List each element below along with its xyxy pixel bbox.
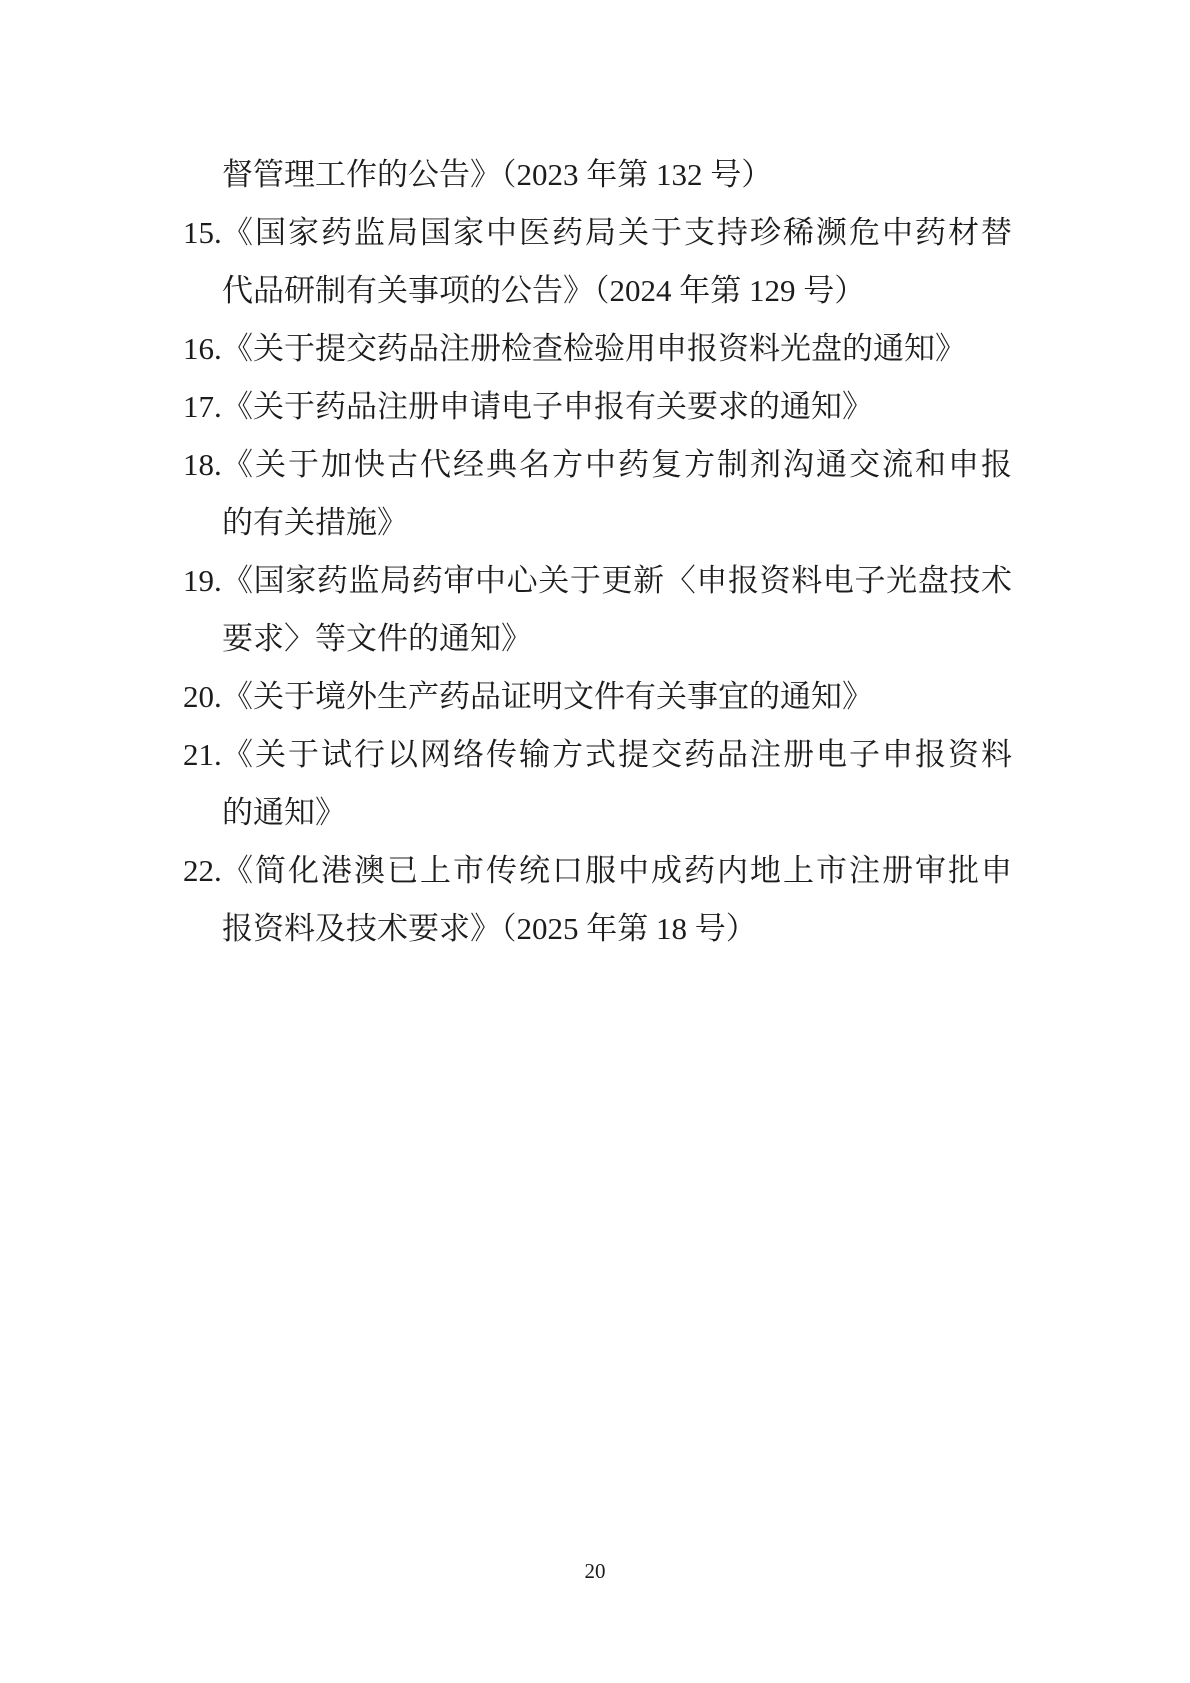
- item-14-continuation: 督管理工作的公告》（2023 年第 132 号）: [183, 146, 1012, 204]
- list-item-number: [183, 610, 222, 668]
- list-item-number: 19.: [183, 552, 222, 610]
- item-18-line-1: 18. 《关于加快古代经典名方中药复方制剂沟通交流和申报: [183, 436, 1012, 494]
- list-item-number: 20.: [183, 668, 222, 726]
- document-page: 督管理工作的公告》（2023 年第 132 号） 15. 《国家药监局国家中医药…: [0, 0, 1190, 1683]
- item-16-line-1: 16. 《关于提交药品注册检查检验用申报资料光盘的通知》: [183, 320, 1012, 378]
- list-item-number: 22.: [183, 842, 222, 900]
- list-item-text: 代品研制有关事项的公告》（2024 年第 129 号）: [222, 262, 1012, 320]
- item-18-line-2: 的有关措施》: [183, 494, 1012, 552]
- list-item-text: 《关于加快古代经典名方中药复方制剂沟通交流和申报: [222, 436, 1012, 494]
- list-item-number: [183, 784, 222, 842]
- item-15-line-1: 15. 《国家药监局国家中医药局关于支持珍稀濒危中药材替: [183, 204, 1012, 262]
- item-21-line-2: 的通知》: [183, 784, 1012, 842]
- item-15-line-2: 代品研制有关事项的公告》（2024 年第 129 号）: [183, 262, 1012, 320]
- list-item-text: 的有关措施》: [222, 494, 1012, 552]
- list-item-text: 《关于提交药品注册检查检验用申报资料光盘的通知》: [222, 320, 1012, 378]
- item-19-line-1: 19. 《国家药监局药审中心关于更新〈申报资料电子光盘技术: [183, 552, 1012, 610]
- list-item-text: 《关于药品注册申请电子申报有关要求的通知》: [222, 378, 1012, 436]
- list-item-number: 18.: [183, 436, 222, 494]
- list-item-text: 《关于试行以网络传输方式提交药品注册电子申报资料: [222, 726, 1012, 784]
- item-20-line-1: 20. 《关于境外生产药品证明文件有关事宜的通知》: [183, 668, 1012, 726]
- list-item-text: 的通知》: [222, 784, 1012, 842]
- list-item-number: [183, 900, 222, 958]
- list-item-number: [183, 262, 222, 320]
- list-item-number: 16.: [183, 320, 222, 378]
- list-item-text: 要求〉等文件的通知》: [222, 610, 1012, 668]
- item-22-line-2: 报资料及技术要求》（2025 年第 18 号）: [183, 900, 1012, 958]
- list-item-text: 《简化港澳已上市传统口服中成药内地上市注册审批申: [222, 842, 1012, 900]
- item-22-line-1: 22. 《简化港澳已上市传统口服中成药内地上市注册审批申: [183, 842, 1012, 900]
- list-item-text: 《国家药监局国家中医药局关于支持珍稀濒危中药材替: [222, 204, 1012, 262]
- list-item-text: 督管理工作的公告》（2023 年第 132 号）: [222, 146, 1012, 204]
- list-item-number: 21.: [183, 726, 222, 784]
- list-item-number: [183, 146, 222, 204]
- reference-list: 督管理工作的公告》（2023 年第 132 号） 15. 《国家药监局国家中医药…: [183, 146, 1012, 958]
- list-item-number: 15.: [183, 204, 222, 262]
- list-item-text: 《关于境外生产药品证明文件有关事宜的通知》: [222, 668, 1012, 726]
- item-21-line-1: 21. 《关于试行以网络传输方式提交药品注册电子申报资料: [183, 726, 1012, 784]
- item-19-line-2: 要求〉等文件的通知》: [183, 610, 1012, 668]
- list-item-number: [183, 494, 222, 552]
- item-17-line-1: 17. 《关于药品注册申请电子申报有关要求的通知》: [183, 378, 1012, 436]
- list-item-number: 17.: [183, 378, 222, 436]
- page-number: 20: [0, 1556, 1190, 1586]
- list-item-text: 《国家药监局药审中心关于更新〈申报资料电子光盘技术: [222, 552, 1012, 610]
- list-item-text: 报资料及技术要求》（2025 年第 18 号）: [222, 900, 1012, 958]
